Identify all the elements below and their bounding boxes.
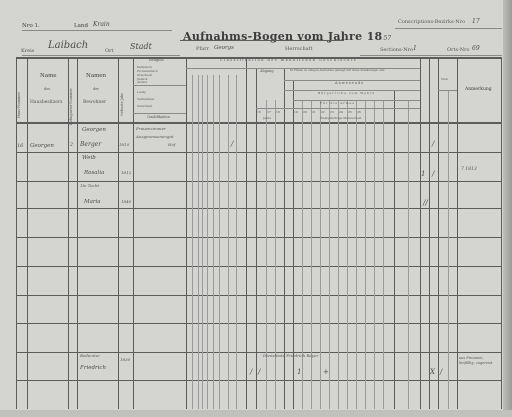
col-qualifikation: Qualifikation bbox=[147, 116, 170, 120]
geburtsjahr-value: 1840 bbox=[121, 200, 131, 204]
col-name-label-1: Name bbox=[40, 74, 57, 80]
sections-value: 1 bbox=[413, 46, 417, 52]
col-namen-label-1: Namen bbox=[86, 74, 106, 80]
col-in-frieden: In Friede zu einigen Aufnahme gelangt mi… bbox=[290, 69, 384, 72]
col-haus-nummer: Haus-Nummer bbox=[18, 92, 22, 118]
bewohner-line2: Maria bbox=[84, 200, 101, 206]
col-burgerliche: Bürgerliche zum Wehrd bbox=[318, 92, 375, 95]
sections-label: Sections-Nro bbox=[380, 48, 413, 53]
ort-value: Stadt bbox=[130, 43, 152, 51]
page-edge-shadow bbox=[503, 0, 512, 417]
kreis-value: Laibach bbox=[48, 41, 88, 51]
tally-mark: / bbox=[432, 141, 434, 148]
bewohner-note: Dienstbote Friedrich Beyer bbox=[263, 354, 318, 358]
hausbesitzer-value: Georgen bbox=[30, 144, 54, 150]
col-wohnpartei: Wohnpartei-Nummer bbox=[70, 88, 74, 125]
tally-mark: / bbox=[432, 171, 434, 178]
orts-label: Orts-Nro bbox=[447, 48, 470, 53]
qualifikation-line1: Frauenzimmer bbox=[136, 127, 166, 131]
col-namen-label-3: Bewohner bbox=[83, 101, 106, 106]
anmerkung-value: aus Preussen, hinfällig, zugereist bbox=[459, 356, 499, 365]
tally-mark: / bbox=[231, 141, 233, 148]
col-namen-label-2: der bbox=[93, 88, 99, 92]
tally-mark: 1 bbox=[421, 171, 425, 178]
kreis-label: Kreis bbox=[21, 49, 34, 54]
pfarr-value: Georgs bbox=[214, 46, 234, 52]
conscriptions-label: Conscriptions-Bezirks-Nro bbox=[398, 20, 465, 25]
bewohner-line1: Georgen bbox=[82, 128, 106, 134]
qualifikation-line2: Ausgesessenengut bbox=[136, 135, 174, 139]
col-abgang: Abgang bbox=[260, 70, 274, 74]
anmerkung-value: 7 1813 bbox=[461, 168, 477, 173]
land-value: Krain bbox=[93, 22, 110, 28]
ort-label: Ort bbox=[105, 49, 114, 54]
col-jahre: Jahre bbox=[263, 117, 271, 120]
census-sheet: Nro 1. Land Krain Aufnahms-Bogen vom Jah… bbox=[0, 0, 505, 417]
col-anmerkung: Anmerkung bbox=[465, 88, 492, 93]
tally-mark: + bbox=[323, 369, 329, 376]
col-anwesende: Anwesende bbox=[335, 82, 364, 86]
land-label: Land bbox=[74, 24, 88, 30]
tally-mark: / bbox=[250, 369, 252, 376]
bewohner-line2: Friedrich bbox=[80, 366, 106, 372]
herrschaft-label: Herrschaft bbox=[285, 47, 313, 52]
geburtsjahr-value: 1810 bbox=[119, 143, 129, 147]
col-name-label-3: Hausbesitzers bbox=[30, 101, 62, 106]
col-name-label-2: des bbox=[44, 88, 50, 92]
col-wehrpflichtige: Wehrpflichtige Mannschaft bbox=[320, 117, 361, 120]
tally-mark: / bbox=[258, 369, 260, 376]
sheet-number: Nro 1. bbox=[22, 24, 40, 30]
document-title: Aufnahms-Bogen vom Jahre 1857 bbox=[183, 25, 391, 44]
col-fur-die-armee: Für die Armee bbox=[320, 102, 355, 105]
wohnpartei-value: 2 bbox=[70, 144, 73, 149]
bewohner-line1: Weib bbox=[82, 156, 96, 162]
geburtsjahr-value: 1830 bbox=[120, 358, 130, 362]
col-vieh: Vieh bbox=[441, 78, 448, 81]
conscriptions-value: 17 bbox=[472, 19, 480, 25]
tally-mark: 1 bbox=[297, 369, 301, 376]
orts-value: 69 bbox=[472, 46, 480, 52]
bewohner-line1: 1te Tocht. bbox=[80, 184, 100, 188]
col-geburtsjahr: Geburts-Jahr bbox=[121, 93, 125, 116]
bewohner-line1: Bedienter bbox=[80, 354, 100, 358]
bewohner-line2: Berger bbox=[80, 142, 101, 148]
scan-bottom-edge bbox=[0, 410, 512, 417]
pfarr-label: Pfarr bbox=[196, 47, 209, 52]
geburtsjahr-value: 1812 bbox=[121, 171, 131, 175]
tally-mark: // bbox=[423, 200, 428, 207]
qualifikation-line3: Hof bbox=[168, 143, 175, 147]
haus-nummer-value: 16 bbox=[17, 144, 23, 149]
classification-title: Classification des männlichen Geschlecht… bbox=[220, 59, 357, 63]
tally-mark: X bbox=[430, 369, 435, 376]
tally-mark: / bbox=[440, 369, 442, 376]
bewohner-line2: Rosalia bbox=[84, 171, 104, 177]
